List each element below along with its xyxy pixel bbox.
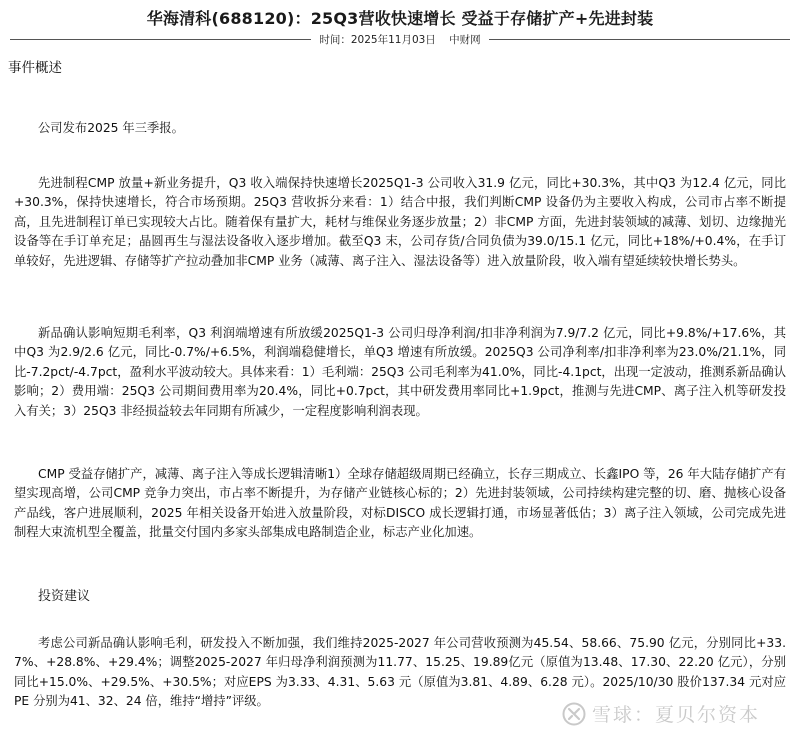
- article-meta: 时间：2025年11月03日 中财网: [311, 32, 488, 47]
- divider-right: [489, 39, 790, 40]
- divider-left: [10, 39, 311, 40]
- paragraph-announcement: 公司发布2025 年三季报。: [14, 119, 786, 138]
- paragraph-growth-logic: CMP 受益存储扩产，减薄、离子注入等成长逻辑清晰1）全球存储超级周期已经确立，…: [14, 465, 786, 543]
- section-heading-invest: 投资建议: [38, 585, 90, 604]
- paragraph-invest-advice: 考虑公司新品确认影响毛利，研发投入不断加强，我们维持2025-2027 年公司营…: [14, 634, 786, 712]
- paragraph-profit: 新品确认影响短期毛利率，Q3 利润端增速有所放缓2025Q1-3 公司归母净利润…: [14, 324, 786, 421]
- source-link[interactable]: 中财网: [449, 34, 481, 46]
- article-meta-row: 时间：2025年11月03日 中财网: [10, 32, 790, 46]
- paragraph-revenue: 先进制程CMP 放量+新业务提升，Q3 收入端保持快速增长2025Q1-3 公司…: [14, 174, 786, 271]
- publish-time: 时间：2025年11月03日: [319, 34, 435, 46]
- section-heading-event: 事件概述: [8, 56, 62, 76]
- article-title: 华海清科(688120)：25Q3营收快速增长 受益于存储扩产+先进封装: [0, 6, 800, 29]
